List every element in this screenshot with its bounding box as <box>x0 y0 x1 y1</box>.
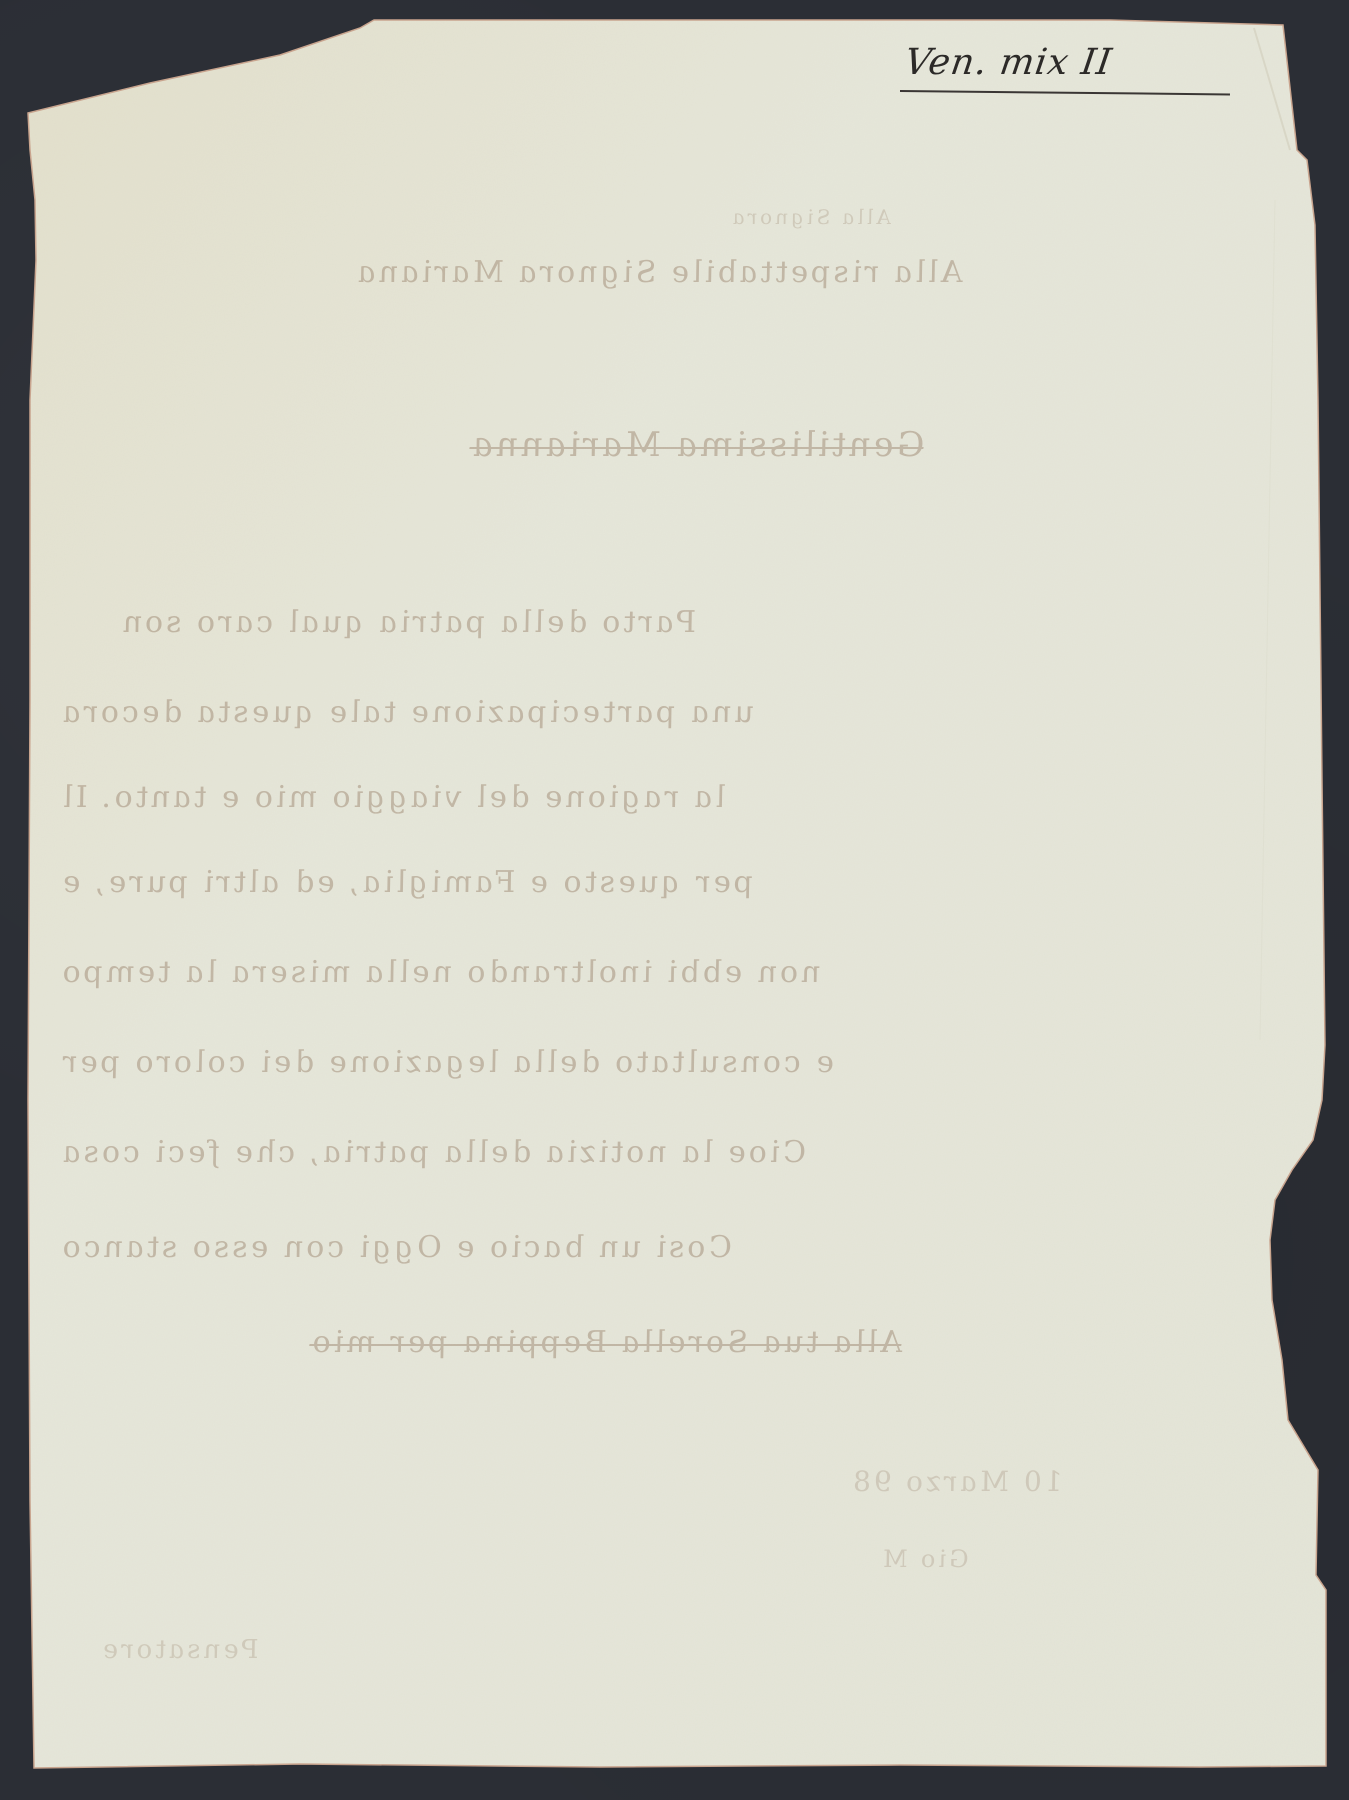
bleed-through-line: Gentilissima Marianna <box>466 425 929 465</box>
bleed-through-line: 10 Marzo 98 <box>846 1465 1065 1498</box>
bleed-through-line: Parto della patria qual caro son <box>116 605 699 640</box>
bleed-through-line: e consultato della legazione dei coloro … <box>56 1045 838 1080</box>
bleed-through-line: una partecipazione tale questa decora <box>56 695 757 730</box>
bleed-through-line: Alla rispettabile Signora Mariana <box>351 255 966 290</box>
shelfmark-text: Ven. mix II <box>902 42 1115 83</box>
bleed-through-line: non ebbi inoltrando nella misera la temp… <box>56 955 824 990</box>
bleed-through-line: Gio M <box>877 1545 971 1573</box>
bleed-through-line: Cosi un bacio e Oggi con esso stanco <box>56 1230 735 1265</box>
bleed-through-line: Alla Signora <box>727 205 893 229</box>
bleed-through-line: Pensatore <box>97 1635 262 1665</box>
bleed-through-line: Cioe la notizia della patria, che feci c… <box>56 1135 809 1170</box>
bleed-through-line: Alla tua Sorella Beppina per mio <box>306 1325 905 1360</box>
bleed-through-line: la ragione del viaggio mio e tanto. Il <box>56 780 729 815</box>
bleed-through-line: per questo e Famiglia, ed altri pure, e <box>56 865 757 900</box>
archival-shelfmark: Ven. mix II <box>905 42 1235 88</box>
